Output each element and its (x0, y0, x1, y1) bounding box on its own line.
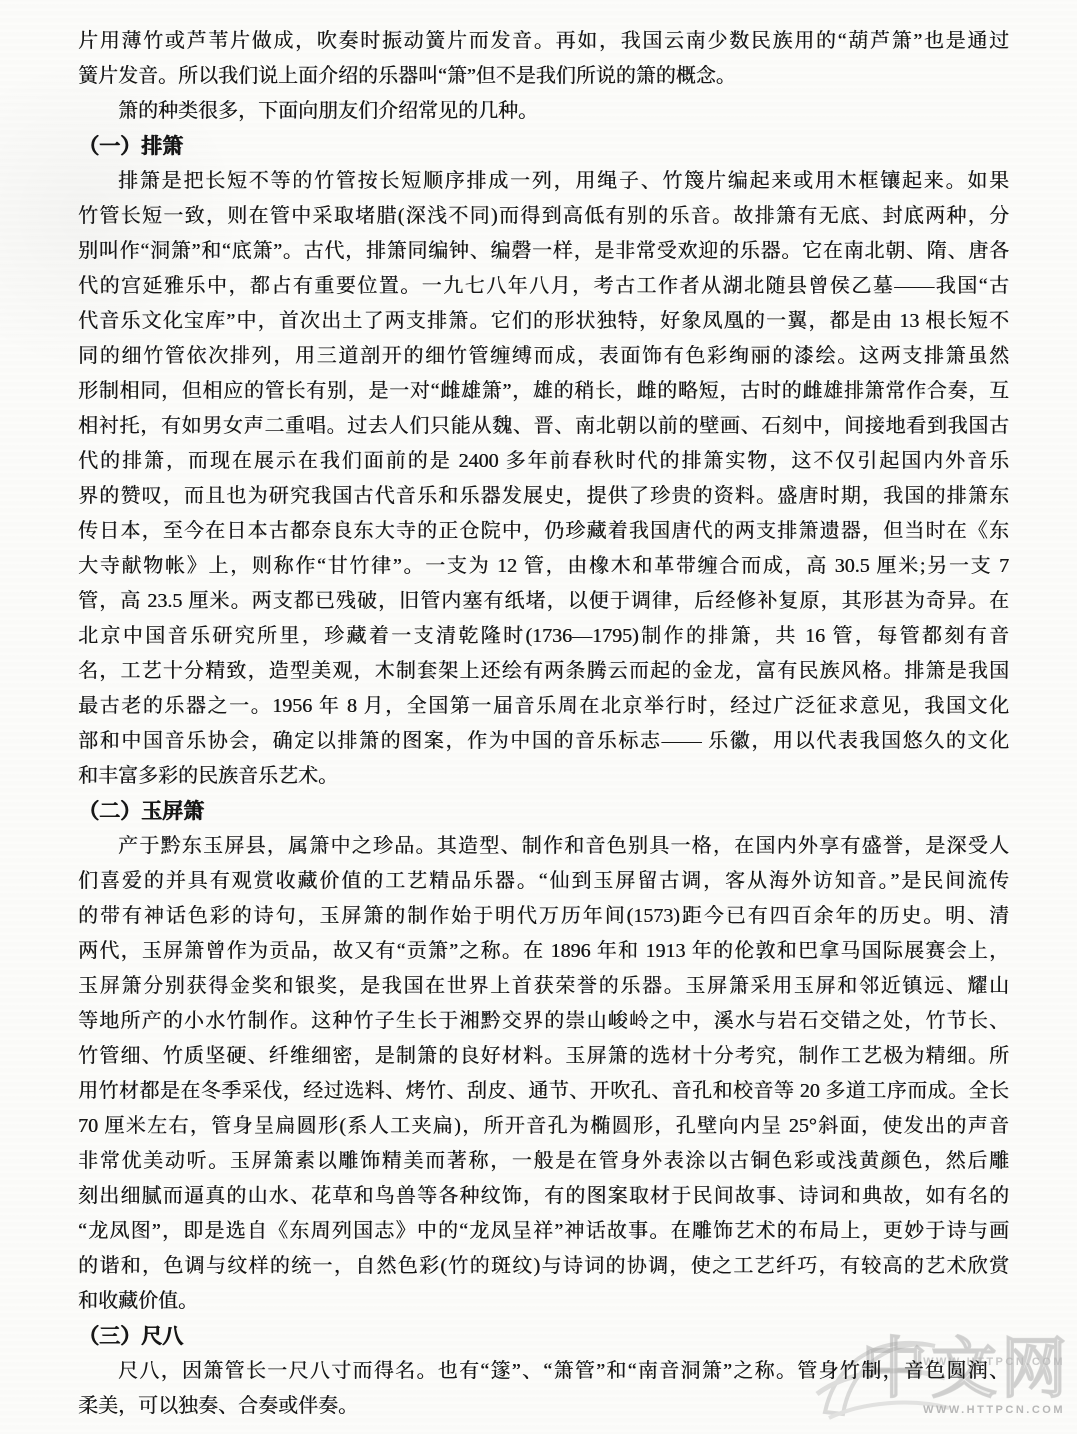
text-line: 别叫作“洞箫”和“底箫”。古代，排箫同编钟、编磬一样，是非常受欢迎的乐器。它在南… (78, 234, 1009, 269)
section-heading: （一）排箫 (78, 129, 1009, 164)
text-line: 刻出细腻而逼真的山水、花草和鸟兽等各种纹饰，有的图案取材于民间故事、诗词和典故，… (78, 1179, 1009, 1214)
section-heading: （二）玉屏箫 (78, 794, 1009, 829)
text-line: 竹管长短一致，则在管中采取堵腊(深浅不同)而得到高低有别的乐音。故排箫有无底、封… (78, 199, 1009, 234)
text-line: 和收藏价值。 (78, 1284, 1009, 1319)
text-line: 柔美，可以独奏、合奏或伴奏。 (78, 1389, 1009, 1424)
text-line: 同的细竹管依次排列，用三道剖开的细竹管缠缚而成，表面饰有色彩绚丽的漆绘。这两支排… (78, 339, 1009, 374)
text-line: 片用薄竹或芦苇片做成，吹奏时振动簧片而发音。再如，我国云南少数民族用的“葫芦箫”… (78, 24, 1009, 59)
text-line: 的带有神话色彩的诗句，玉屏箫的制作始于明代万历年间(1573)距今已有四百余年的… (78, 899, 1009, 934)
text-line: 名，工艺十分精致，造型美观，木制套架上还绘有两条腾云而起的金龙，富有民族风格。排… (78, 654, 1009, 689)
text-line: 产于黔东玉屏县，属箫中之珍品。其造型、制作和音色别具一格，在国内外享有盛誉，是深… (78, 829, 1009, 864)
text-line: 相衬托，有如男女声二重唱。过去人们只能从魏、晋、南北朝以前的壁画、石刻中，间接地… (78, 409, 1009, 444)
text-line: 竹管细、竹质坚硬、纤维细密，是制箫的良好材料。玉屏箫的选材十分考究，制作工艺极为… (78, 1039, 1009, 1074)
text-line: “龙凤图”，即是选自《东周列国志》中的“龙凤呈祥”神话故事。在雕饰艺术的布局上，… (78, 1214, 1009, 1249)
text-line: 等地所产的小水竹制作。这种竹子生长于湘黔交界的崇山峻岭之中，溪水与岩石交错之处，… (78, 1004, 1009, 1039)
text-line: 形制相同，但相应的管长有别，是一对“雌雄箫”，雄的稍长，雌的略短，古时的雌雄排箫… (78, 374, 1009, 409)
text-line: 最古老的乐器之一。1956 年 8 月，全国第一届音乐周在北京举行时，经过广泛征… (78, 689, 1009, 724)
text-line: 和丰富多彩的民族音乐艺术。 (78, 759, 1009, 794)
text-line: 簧片发音。所以我们说上面介绍的乐器叫“箫”但不是我们所说的箫的概念。 (78, 59, 1009, 94)
section-heading: （三）尺八 (78, 1319, 1009, 1354)
text-line: 尺八，因箫管长一尺八寸而得名。也有“篴”、“箫管”和“南音洞箫”之称。管身竹制，… (78, 1354, 1009, 1389)
text-line: 非常优美动听。玉屏箫素以雕饰精美而著称，一般是在管身外表涂以古铜色彩或浅黄颜色，… (78, 1144, 1009, 1179)
text-line: 代的排箫，而现在展示在我们面前的是 2400 多年前春秋时代的排箫实物，这不仅引… (78, 444, 1009, 479)
text-line: 70 厘米左右，管身呈扁圆形(系人工夹扁)，所开音孔为椭圆形，孔壁向内呈 25°… (78, 1109, 1009, 1144)
text-line: 管，高 23.5 厘米。两支都已残破，旧管内塞有纸堵，以便于调律，后经修补复原，… (78, 584, 1009, 619)
text-line: 两代，玉屏箫曾作为贡品，故又有“贡箫”之称。在 1896 年和 1913 年的伦… (78, 934, 1009, 969)
text-line: 大寺献物帐》上，则称作“甘竹律”。一支为 12 管，由橡木和革带缠合而成，高 3… (78, 549, 1009, 584)
text-line: 传日本，至今在日本古都奈良东大寺的正仓院中，仍珍藏着我国唐代的两支排箫遗器，但当… (78, 514, 1009, 549)
document-text-body: 片用薄竹或芦苇片做成，吹奏时振动簧片而发音。再如，我国云南少数民族用的“葫芦箫”… (78, 24, 1009, 1424)
text-line: 玉屏箫分别获得金奖和银奖，是我国在世界上首获荣誉的乐器。玉屏箫采用玉屏和邻近镇远… (78, 969, 1009, 1004)
text-line: 代的宫延雅乐中，都占有重要位置。一九七八年八月，考古工作者从湖北随县曾侯乙墓——… (78, 269, 1009, 304)
text-line: 用竹材都是在冬季采伐，经过选料、烤竹、刮皮、通节、开吹孔、音孔和校音等 20 多… (78, 1074, 1009, 1109)
text-line: 代音乐文化宝库”中，首次出土了两支排箫。它们的形状独特，好象凤凰的一翼，都是由 … (78, 304, 1009, 339)
text-line: 的谐和，色调与纹样的统一，自然色彩(竹的斑纹)与诗词的协调，使之工艺纤巧，有较高… (78, 1249, 1009, 1284)
text-line: 们喜爱的并具有观赏收藏价值的工艺精品乐器。“仙到玉屏留古调，客从海外访知音。”是… (78, 864, 1009, 899)
text-line: 界的赞叹，而且也为研究我国古代音乐和乐器发展史，提供了珍贵的资料。盛唐时期，我国… (78, 479, 1009, 514)
text-line: 排箫是把长短不等的竹管按长短顺序排成一列，用绳子、竹篾片编起来或用木框镶起来。如… (78, 164, 1009, 199)
text-line: 部和中国音乐协会，确定以排箫的图案，作为中国的音乐标志—— 乐徽，用以代表我国悠… (78, 724, 1009, 759)
text-line: 箫的种类很多，下面向朋友们介绍常见的几种。 (78, 94, 1009, 129)
text-line: 北京中国音乐研究所里，珍藏着一支清乾隆时(1736—1795)制作的排箫，共 1… (78, 619, 1009, 654)
scanned-document-page: 中文网 WWW.HTTPCN.COM WWW.HTTPCN.COM 片用薄竹或芦… (0, 0, 1077, 1434)
